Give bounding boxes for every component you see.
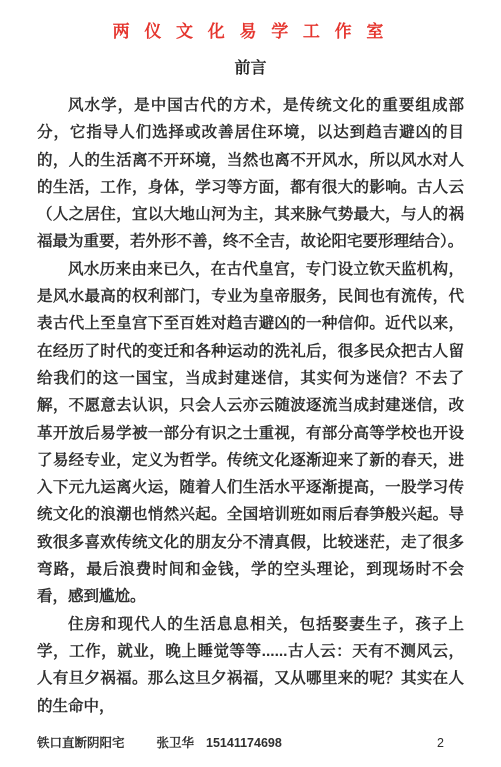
paragraph: 风水学，是中国古代的方术，是传统文化的重要组成部分，它指导人们选择或改善居住环境… <box>37 92 464 256</box>
paragraph: 风水历来由来已久，在古代皇宫，专门设立钦天监机构，是风水最高的权利部门，专业为皇… <box>37 256 464 611</box>
section-title: 前言 <box>0 58 501 80</box>
document-page: 两 仪 文 化 易 学 工 作 室 前言 风水学，是中国古代的方术，是传统文化的… <box>0 0 501 767</box>
footer-phone: 15141174698 <box>206 735 282 751</box>
paragraph: 住房和现代人的生活息息相关，包括娶妻生子，孩子上学，工作，就业，晚上睡觉等等..… <box>37 611 464 720</box>
footer-author: 张卫华 <box>157 735 195 751</box>
workshop-title: 两 仪 文 化 易 学 工 作 室 <box>0 22 501 42</box>
document-body: 风水学，是中国古代的方术，是传统文化的重要组成部分，它指导人们选择或改善居住环境… <box>37 92 464 720</box>
page-footer: 铁口直断阴阳宅 张卫华 15141174698 2 <box>37 735 464 751</box>
page-number: 2 <box>437 735 444 751</box>
footer-book-title: 铁口直断阴阳宅 <box>37 735 125 751</box>
